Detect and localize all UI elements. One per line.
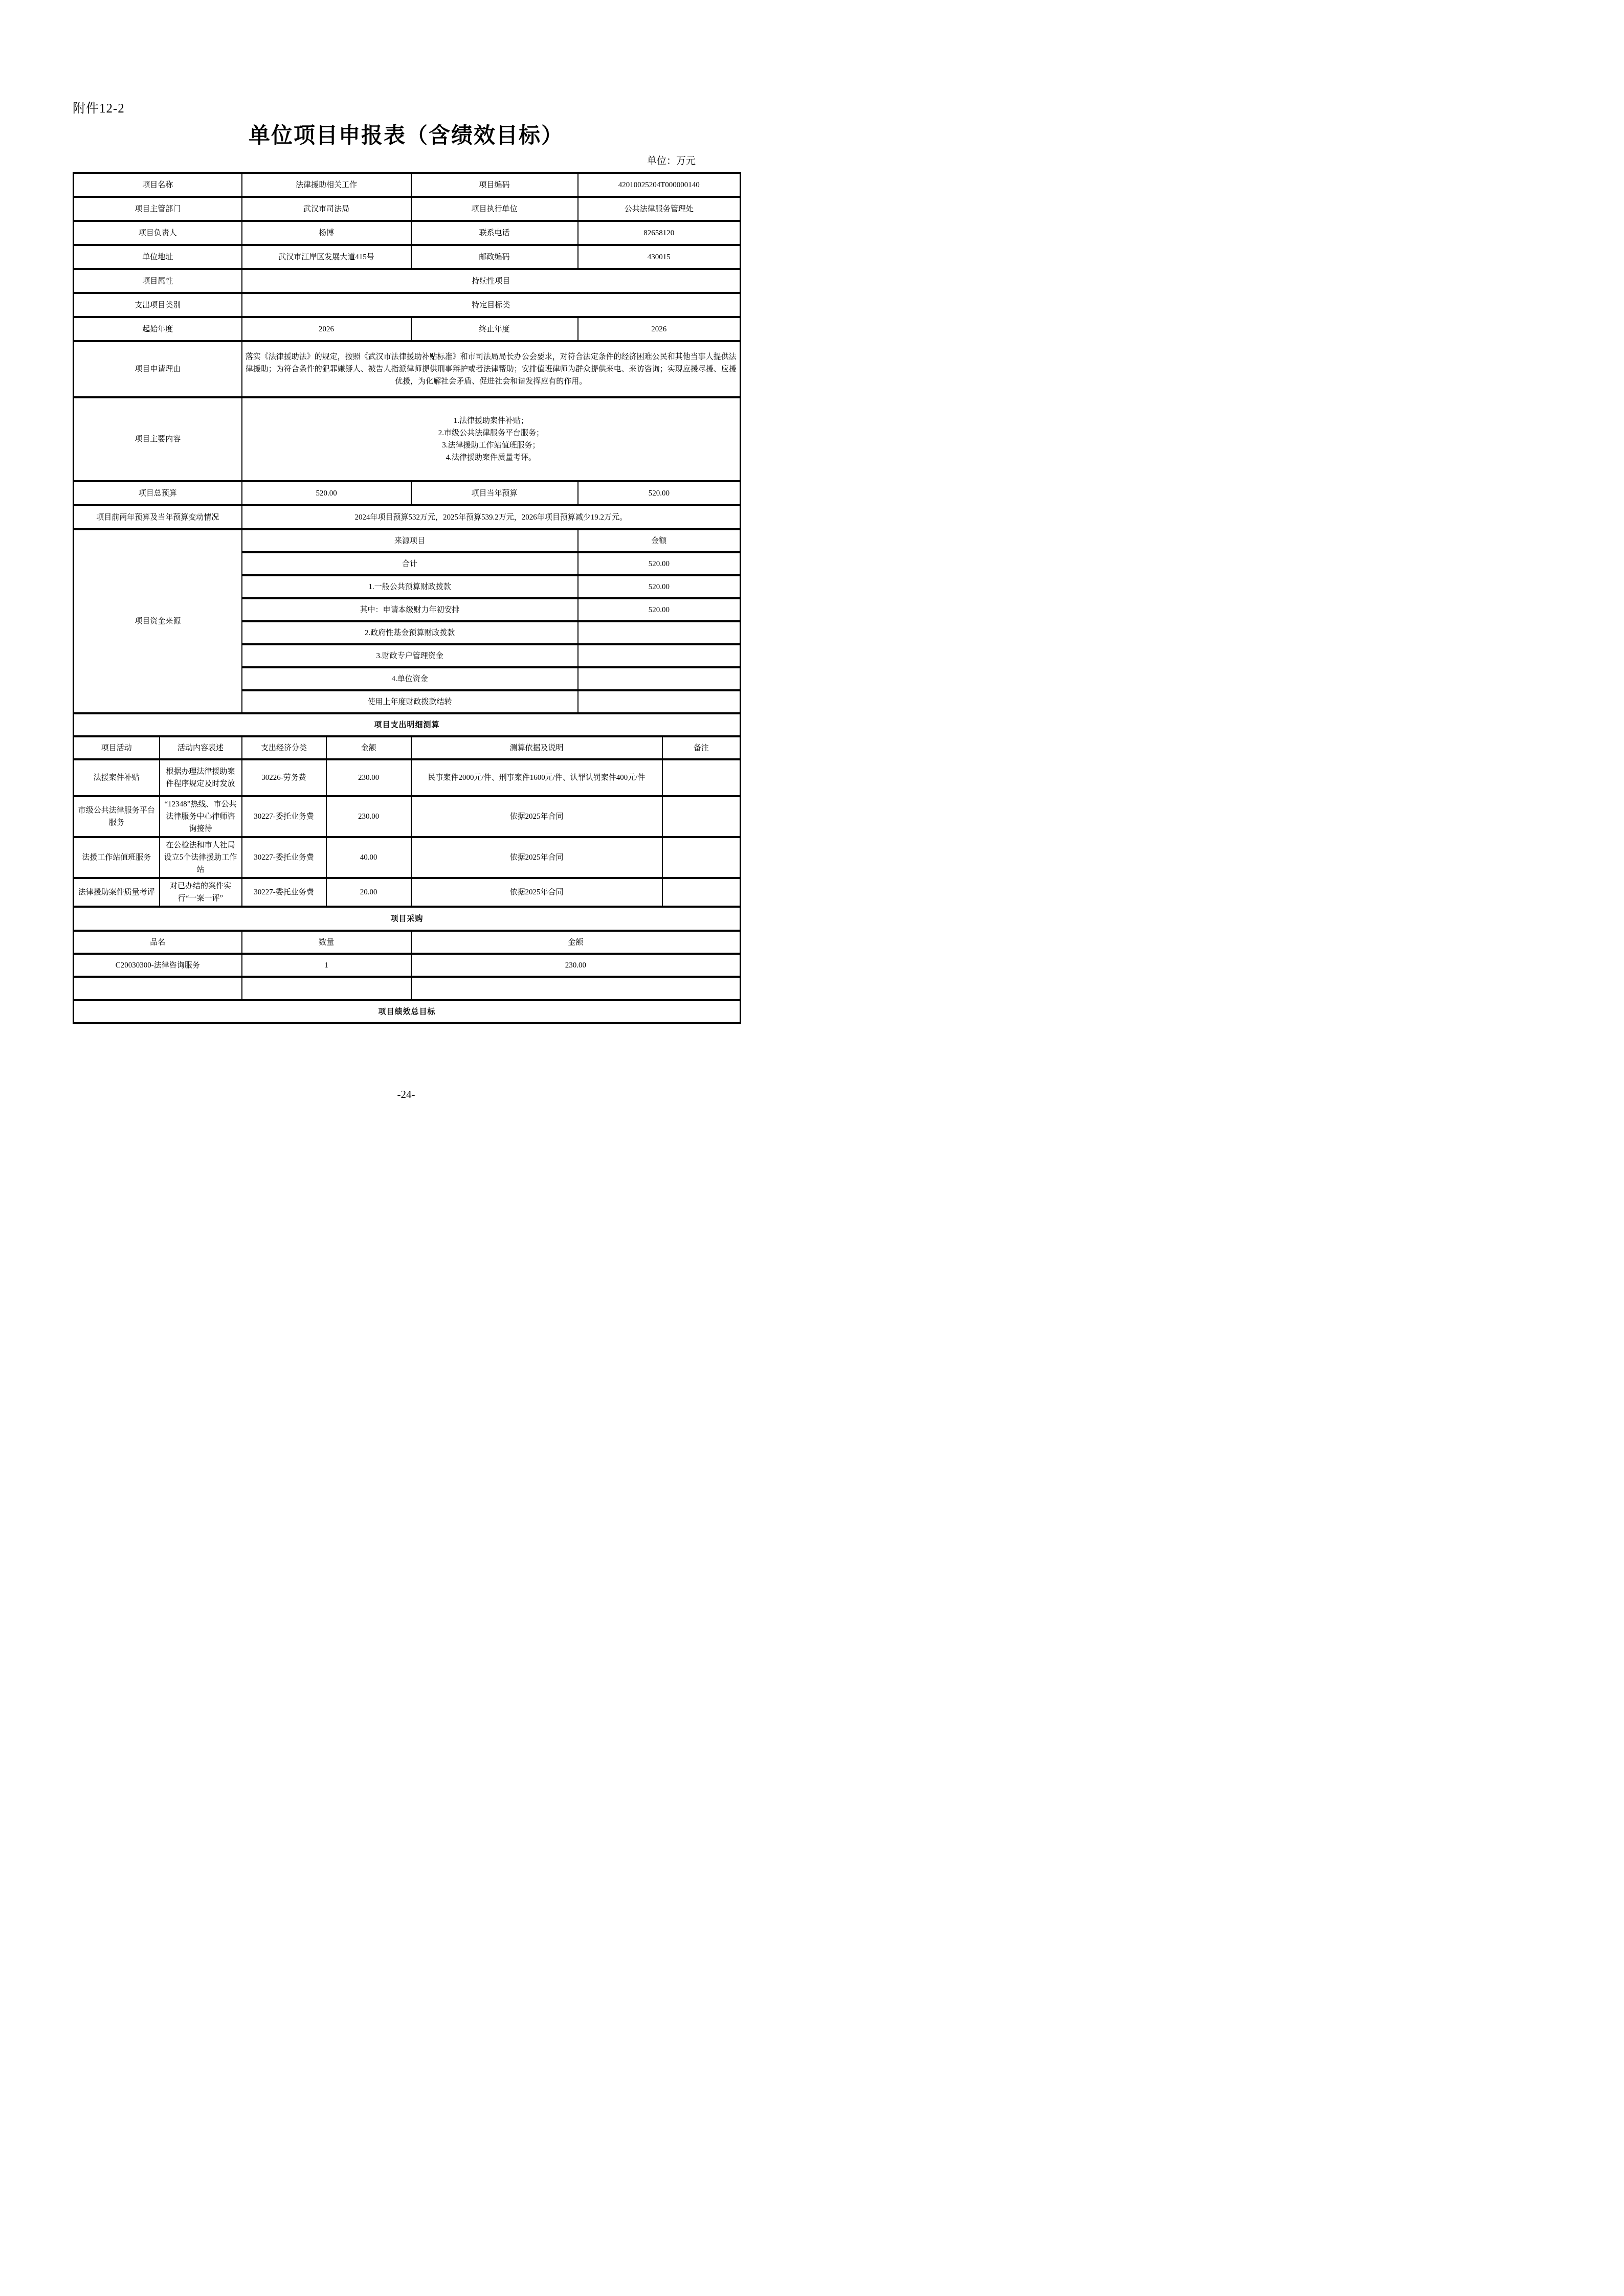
expense-amount: 20.00 [326, 878, 411, 907]
funding-row-amount [578, 667, 741, 690]
table-row: 项目名称 法律援助相关工作 项目编码 42010025204T000000140 [74, 173, 741, 197]
expense-category: 30227-委托业务费 [242, 878, 326, 907]
table-row: 法援工作站值班服务 在公检法和市人社局设立5个法律援助工作站 30227-委托业… [74, 837, 741, 878]
expense-category: 30226-劳务费 [242, 759, 326, 796]
table-row: 项目资金来源 来源项目 金额 [74, 529, 741, 552]
expense-amount: 230.00 [326, 796, 411, 837]
header-description: 活动内容表述 [160, 736, 242, 759]
label-postal-code: 邮政编码 [411, 245, 578, 269]
table-row [74, 977, 741, 1000]
expense-amount: 230.00 [326, 759, 411, 796]
label-budget-change: 项目前两年预算及当年预算变动情况 [74, 505, 242, 529]
funding-header-amount: 金额 [578, 529, 741, 552]
table-row: 项目活动 活动内容表述 支出经济分类 金额 测算依据及说明 备注 [74, 736, 741, 759]
expense-activity: 市级公共法律服务平台服务 [74, 796, 160, 837]
main-content-line: 4.法律援助案件质量考评。 [246, 452, 737, 464]
label-total-budget: 项目总预算 [74, 481, 242, 505]
header-basis: 测算依据及说明 [411, 736, 662, 759]
table-row: 项目前两年预算及当年预算变动情况 2024年项目预算532万元，2025年预算5… [74, 505, 741, 529]
expense-description: 对已办结的案件实行“一案一评” [160, 878, 242, 907]
label-start-year: 起始年度 [74, 317, 242, 341]
expense-activity: 法援案件补贴 [74, 759, 160, 796]
procurement-item-amount [411, 977, 741, 1000]
expense-description: 根据办理法律援助案件程序规定及时发放 [160, 759, 242, 796]
label-funding-source: 项目资金来源 [74, 529, 242, 713]
expense-basis: 依据2025年合同 [411, 878, 662, 907]
expense-category: 30227-委托业务费 [242, 796, 326, 837]
expense-basis: 依据2025年合同 [411, 796, 662, 837]
value-start-year: 2026 [242, 317, 411, 341]
label-expense-category: 支出项目类别 [74, 293, 242, 317]
funding-row-amount: 520.00 [578, 598, 741, 621]
page-number: -24- [0, 1088, 812, 1101]
attachment-label: 附件12-2 [73, 98, 125, 117]
table-row: 项目采购 [74, 907, 741, 931]
label-current-year-budget: 项目当年预算 [411, 481, 578, 505]
funding-row-amount: 520.00 [578, 575, 741, 598]
value-unit-address: 武汉市江岸区发展大道415号 [242, 245, 411, 269]
funding-row-amount [578, 644, 741, 667]
project-application-table: 项目名称 法律援助相关工作 项目编码 42010025204T000000140… [73, 172, 741, 1024]
page-title: 单位项目申报表（含绩效目标） [0, 119, 812, 149]
value-project-code: 42010025204T000000140 [578, 173, 741, 197]
table-row: 项目主要内容 1.法律援助案件补贴； 2.市级公共法律服务平台服务； 3.法律援… [74, 397, 741, 481]
label-unit-address: 单位地址 [74, 245, 242, 269]
table-row: 起始年度 2026 终止年度 2026 [74, 317, 741, 341]
label-executing-unit: 项目执行单位 [411, 197, 578, 221]
table-row: 市级公共法律服务平台服务 “12348”热线、市公共法律服务中心律师咨询接待 3… [74, 796, 741, 837]
funding-row-amount [578, 690, 741, 713]
funding-row-source: 2.政府性基金预算财政拨款 [242, 621, 578, 644]
table-row: 品名 数量 金额 [74, 931, 741, 954]
value-budget-change: 2024年项目预算532万元，2025年预算539.2万元，2026年项目预算减… [242, 505, 741, 529]
expense-note [662, 878, 741, 907]
section-title-performance: 项目绩效总目标 [74, 1000, 741, 1023]
funding-row-source: 3.财政专户管理资金 [242, 644, 578, 667]
procurement-item-amount: 230.00 [411, 954, 741, 977]
table-row: 单位地址 武汉市江岸区发展大道415号 邮政编码 430015 [74, 245, 741, 269]
expense-basis: 民事案件2000元/件、刑事案件1600元/件、认罪认罚案件400元/件 [411, 759, 662, 796]
funding-header-source: 来源项目 [242, 529, 578, 552]
procurement-item-quantity: 1 [242, 954, 411, 977]
table-row: 项目主管部门 武汉市司法局 项目执行单位 公共法律服务管理处 [74, 197, 741, 221]
label-end-year: 终止年度 [411, 317, 578, 341]
expense-note [662, 759, 741, 796]
table-row: C20030300-法律咨询服务 1 230.00 [74, 954, 741, 977]
label-project-name: 项目名称 [74, 173, 242, 197]
table-row: 项目属性 持续性项目 [74, 269, 741, 293]
value-application-reason: 落实《法律援助法》的规定，按照《武汉市法律援助补贴标准》和市司法局局长办公会要求… [242, 341, 741, 397]
procurement-header-name: 品名 [74, 931, 242, 954]
funding-row-source: 1.一般公共预算财政拨款 [242, 575, 578, 598]
header-economic-category: 支出经济分类 [242, 736, 326, 759]
expense-category: 30227-委托业务费 [242, 837, 326, 878]
procurement-item-name [74, 977, 242, 1000]
table-row: 项目总预算 520.00 项目当年预算 520.00 [74, 481, 741, 505]
value-project-leader: 杨博 [242, 221, 411, 245]
value-expense-category: 特定目标类 [242, 293, 741, 317]
funding-row-amount [578, 621, 741, 644]
table-row: 法律援助案件质量考评 对已办结的案件实行“一案一评” 30227-委托业务费 2… [74, 878, 741, 907]
table-row: 法援案件补贴 根据办理法律援助案件程序规定及时发放 30226-劳务费 230.… [74, 759, 741, 796]
procurement-header-amount: 金额 [411, 931, 741, 954]
expense-note [662, 837, 741, 878]
table-row: 项目负责人 杨博 联系电话 82658120 [74, 221, 741, 245]
header-note: 备注 [662, 736, 741, 759]
label-phone: 联系电话 [411, 221, 578, 245]
label-project-code: 项目编码 [411, 173, 578, 197]
label-main-content: 项目主要内容 [74, 397, 242, 481]
procurement-item-quantity [242, 977, 411, 1000]
main-content-line: 3.法律援助工作站值班服务； [246, 439, 737, 452]
expense-basis: 依据2025年合同 [411, 837, 662, 878]
funding-row-source: 4.单位资金 [242, 667, 578, 690]
table-row: 项目申请理由 落实《法律援助法》的规定，按照《武汉市法律援助补贴标准》和市司法局… [74, 341, 741, 397]
value-phone: 82658120 [578, 221, 741, 245]
table-row: 支出项目类别 特定目标类 [74, 293, 741, 317]
value-project-name: 法律援助相关工作 [242, 173, 411, 197]
table-row: 项目绩效总目标 [74, 1000, 741, 1023]
value-main-content: 1.法律援助案件补贴； 2.市级公共法律服务平台服务； 3.法律援助工作站值班服… [242, 397, 741, 481]
section-title-expense-detail: 项目支出明细测算 [74, 713, 741, 736]
funding-row-source: 合计 [242, 552, 578, 575]
expense-activity: 法援工作站值班服务 [74, 837, 160, 878]
label-project-attribute: 项目属性 [74, 269, 242, 293]
funding-row-source: 使用上年度财政拨款结转 [242, 690, 578, 713]
table-row: 项目支出明细测算 [74, 713, 741, 736]
label-application-reason: 项目申请理由 [74, 341, 242, 397]
section-title-procurement: 项目采购 [74, 907, 741, 931]
unit-note: 单位：万元 [73, 153, 740, 167]
main-content-line: 1.法律援助案件补贴； [246, 415, 737, 427]
header-activity: 项目活动 [74, 736, 160, 759]
expense-activity: 法律援助案件质量考评 [74, 878, 160, 907]
expense-description: “12348”热线、市公共法律服务中心律师咨询接待 [160, 796, 242, 837]
value-end-year: 2026 [578, 317, 741, 341]
expense-note [662, 796, 741, 837]
procurement-header-quantity: 数量 [242, 931, 411, 954]
value-project-attribute: 持续性项目 [242, 269, 741, 293]
expense-amount: 40.00 [326, 837, 411, 878]
document-page: 附件12-2 单位项目申报表（含绩效目标） 单位：万元 项目名称 法律援助相关工… [0, 0, 812, 1148]
funding-row-source: 其中：申请本级财力年初安排 [242, 598, 578, 621]
value-postal-code: 430015 [578, 245, 741, 269]
value-current-year-budget: 520.00 [578, 481, 741, 505]
label-project-leader: 项目负责人 [74, 221, 242, 245]
expense-description: 在公检法和市人社局设立5个法律援助工作站 [160, 837, 242, 878]
label-supervising-dept: 项目主管部门 [74, 197, 242, 221]
main-content-line: 2.市级公共法律服务平台服务； [246, 427, 737, 439]
value-total-budget: 520.00 [242, 481, 411, 505]
value-executing-unit: 公共法律服务管理处 [578, 197, 741, 221]
procurement-item-name: C20030300-法律咨询服务 [74, 954, 242, 977]
header-amount: 金额 [326, 736, 411, 759]
funding-row-amount: 520.00 [578, 552, 741, 575]
value-supervising-dept: 武汉市司法局 [242, 197, 411, 221]
